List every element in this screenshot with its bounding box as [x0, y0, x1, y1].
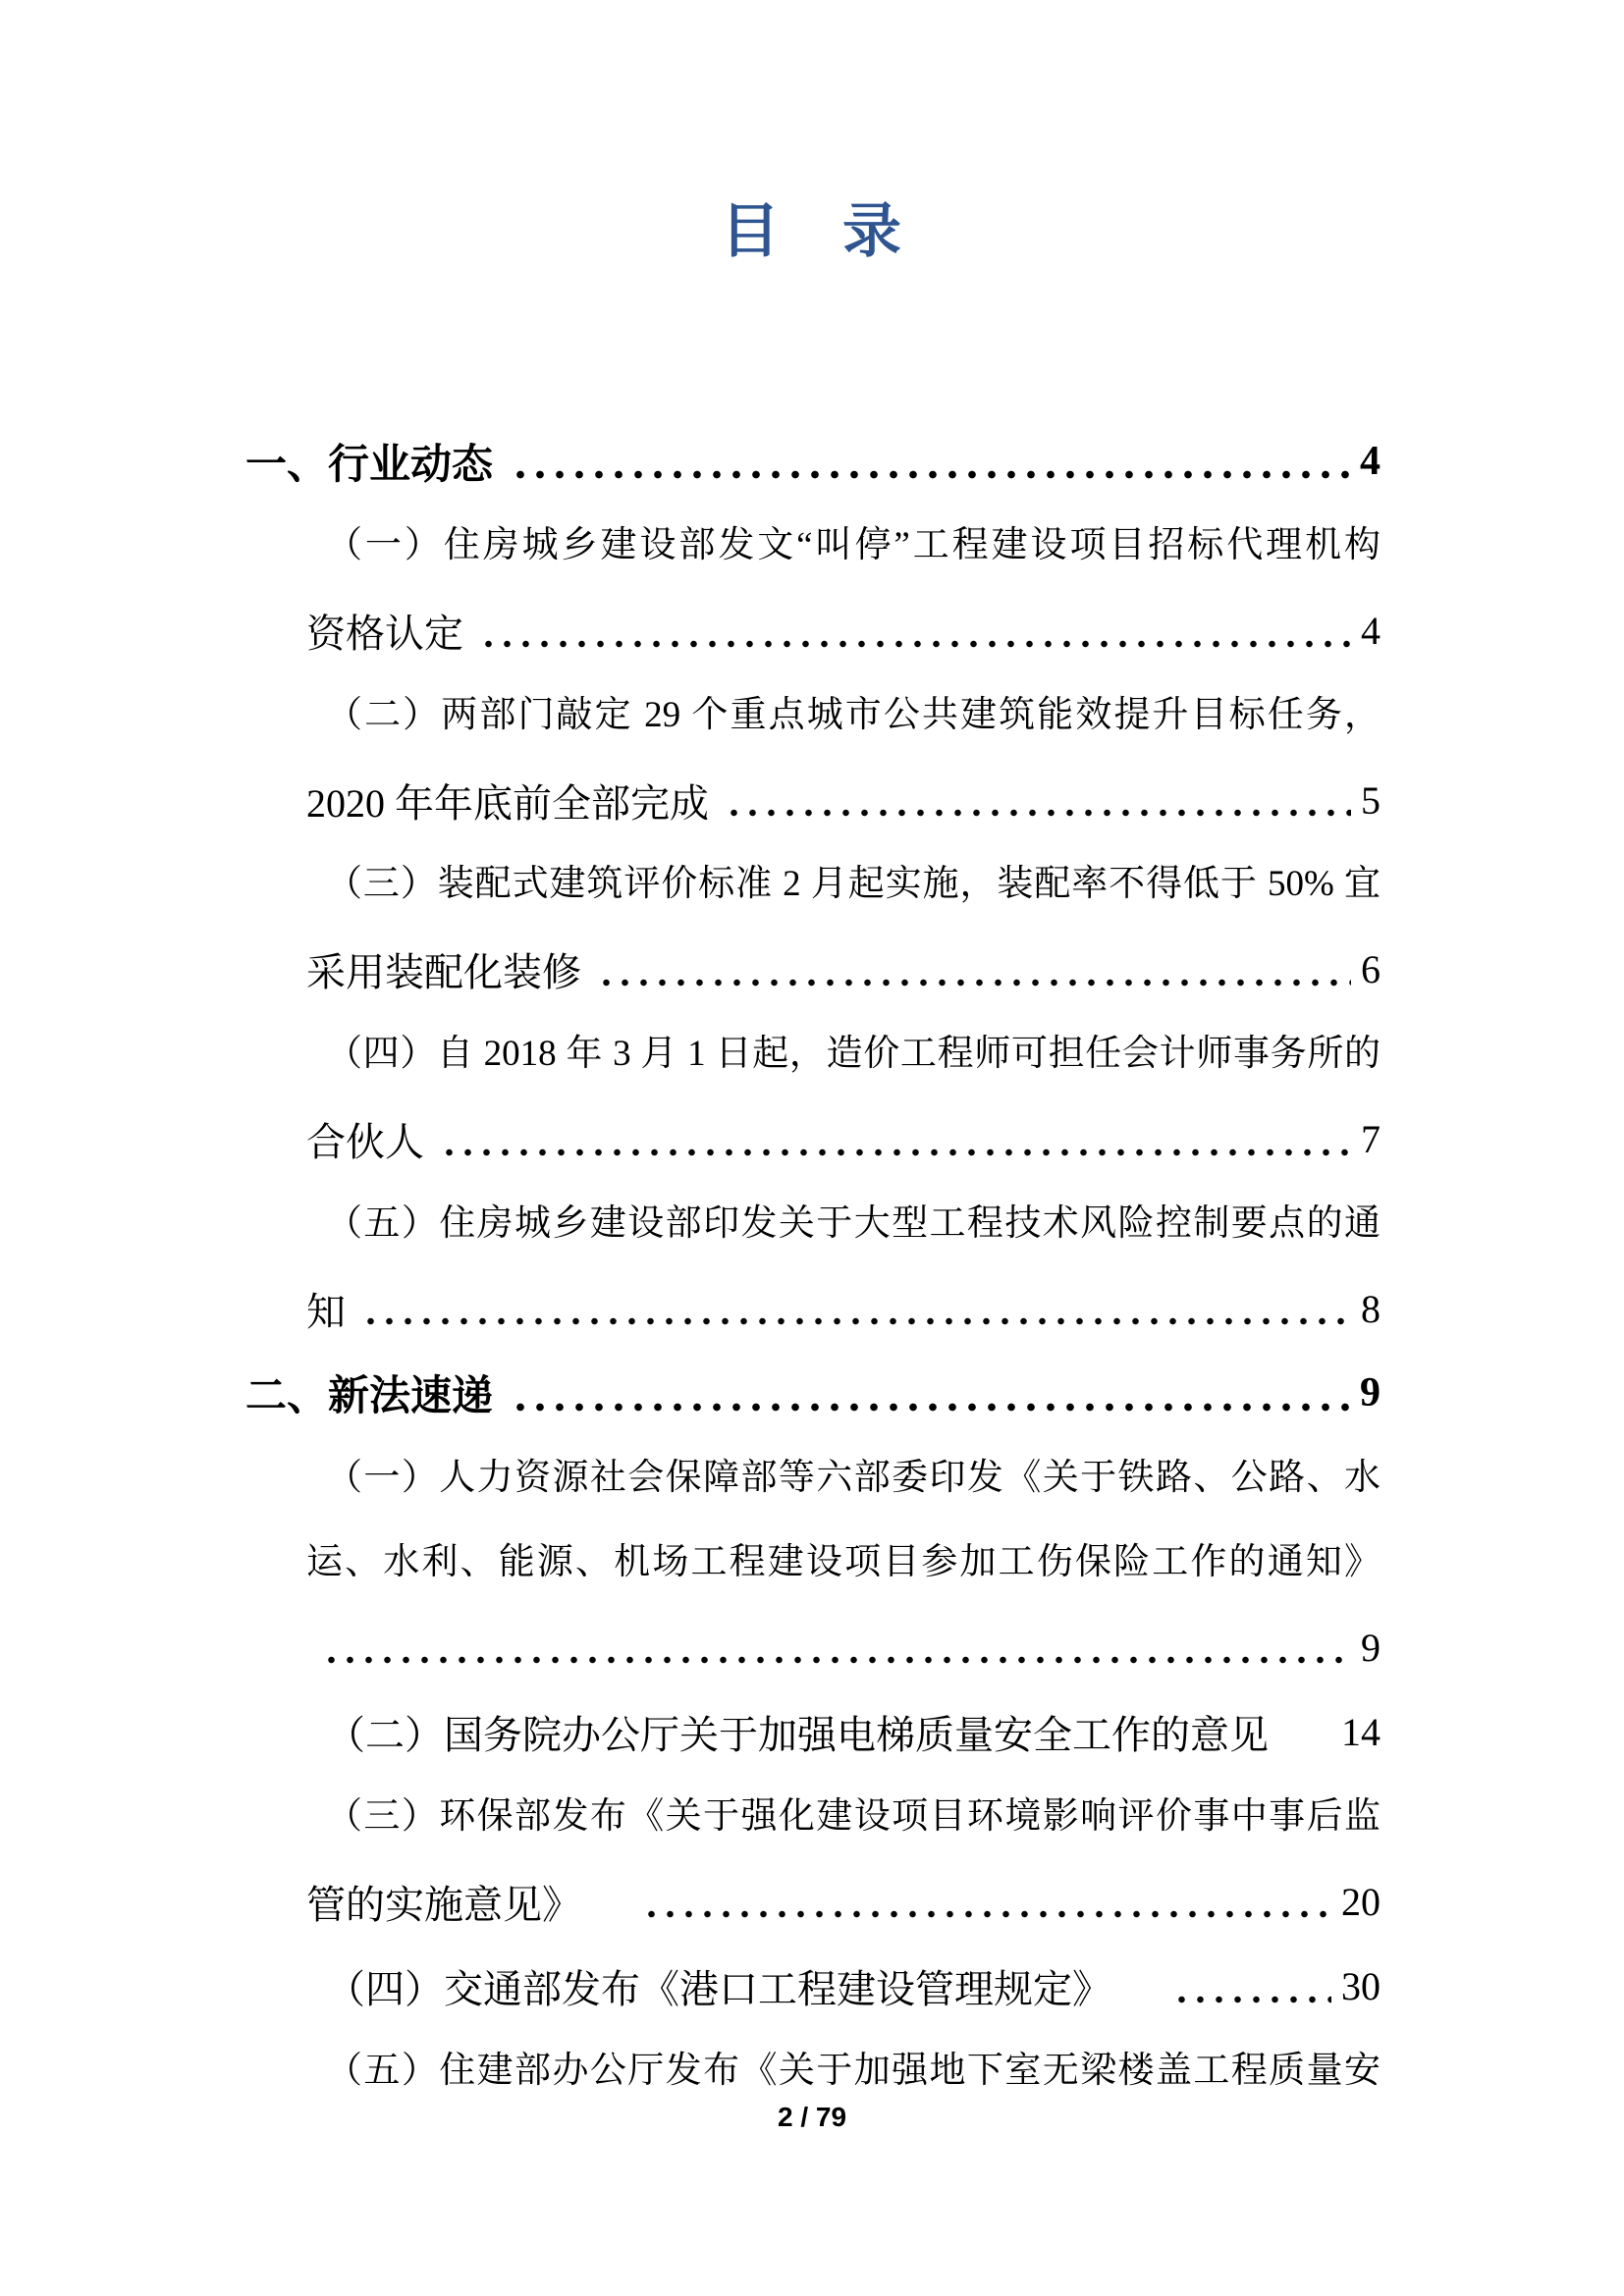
- toc-entry-line: 合伙人7: [245, 1096, 1380, 1181]
- toc-entry-line: （三）环保部发布《关于强化建设项目环境影响评价事中事后监: [245, 1775, 1380, 1859]
- toc-entry-text: 一、行业动态: [245, 432, 493, 491]
- toc-page-number: 4: [1360, 438, 1380, 485]
- toc-entry-line: （四）自 2018 年 3 月 1 日起，造价工程师可担任会计师事务所的: [245, 1012, 1380, 1096]
- toc-entry-line: （五）住建部办公厅发布《关于加强地下室无梁楼盖工程质量安: [245, 2029, 1380, 2113]
- toc-entry-line: 知8: [245, 1266, 1380, 1351]
- toc-entry-line: 2020 年年底前全部完成5: [245, 758, 1380, 842]
- toc-page-number: 30: [1341, 1963, 1380, 2009]
- dot-leader: [1326, 1689, 1331, 1774]
- dot-leader: [1168, 1944, 1331, 2028]
- toc-entry-text: 合伙人: [306, 1111, 424, 1167]
- toc-page-number: 8: [1361, 1286, 1380, 1332]
- toc-entry-text: （三）装配式建筑评价标准 2 月起实施，装配率不得低于 50% 宜: [326, 864, 1380, 904]
- toc-page-number: 5: [1361, 777, 1380, 824]
- toc-page-number: 9: [1361, 1625, 1380, 1671]
- dot-leader: [505, 1351, 1350, 1435]
- toc-entry-line: 9: [245, 1605, 1380, 1689]
- toc-entry-text: 运、水利、能源、机场工程建设项目参加工伤保险工作的通知》: [306, 1542, 1380, 1582]
- toc-entry-text: （三）环保部发布《关于强化建设项目环境影响评价事中事后监: [326, 1796, 1380, 1837]
- toc-entry-text: （二）两部门敲定 29 个重点城市公共建筑能效提升目标任务，: [326, 695, 1380, 735]
- toc-entry-text: （一）人力资源社会保障部等六部委印发《关于铁路、公路、水: [326, 1458, 1380, 1498]
- document-title: 目 录: [0, 196, 1624, 267]
- toc-entry-line: （二）国务院办公厅关于加强电梯质量安全工作的意见14: [245, 1689, 1380, 1774]
- toc-entry-text: （二）国务院办公厅关于加强电梯质量安全工作的意见: [326, 1704, 1269, 1760]
- toc-entry-line: （四）交通部发布《港口工程建设管理规定》30: [245, 1944, 1380, 2028]
- toc-page-number: 7: [1361, 1116, 1380, 1162]
- page-number-footer: 2 / 79: [0, 2102, 1624, 2133]
- toc-entry-text: 资格认定: [306, 603, 463, 659]
- toc-entry-text: （五）住建部办公厅发布《关于加强地下室无梁楼盖工程质量安: [326, 2051, 1380, 2091]
- toc-entry-line: （一）人力资源社会保障部等六部委印发《关于铁路、公路、水: [245, 1436, 1380, 1521]
- dot-leader: [318, 1605, 1351, 1689]
- toc-page-number: 14: [1341, 1709, 1380, 1755]
- toc-entry-text: 管的实施意见》: [306, 1874, 581, 1930]
- toc-entry-line: 运、水利、能源、机场工程建设项目参加工伤保险工作的通知》: [245, 1521, 1380, 1605]
- table-of-contents: 一、行业动态4（一）住房城乡建设部发文“叫停”工程建设项目招标代理机构资格认定4…: [245, 419, 1380, 2113]
- dot-leader: [505, 419, 1350, 504]
- toc-entry-line: 资格认定4: [245, 589, 1380, 673]
- dot-leader: [475, 589, 1351, 673]
- toc-page-number: 20: [1341, 1879, 1380, 1925]
- dot-leader: [638, 1859, 1331, 1944]
- toc-entry-line: 管的实施意见》20: [245, 1859, 1380, 1944]
- dot-leader: [357, 1266, 1351, 1351]
- toc-entry-text: （一）住房城乡建设部发文“叫停”工程建设项目招标代理机构: [326, 525, 1380, 565]
- toc-page-number: 4: [1361, 608, 1380, 654]
- toc-entry-text: （四）自 2018 年 3 月 1 日起，造价工程师可担任会计师事务所的: [326, 1034, 1380, 1074]
- document-page: 目 录 一、行业动态4（一）住房城乡建设部发文“叫停”工程建设项目招标代理机构资…: [0, 0, 1624, 2296]
- toc-entry-line: （一）住房城乡建设部发文“叫停”工程建设项目招标代理机构: [245, 504, 1380, 588]
- toc-entry-line: 二、新法速递9: [245, 1351, 1380, 1435]
- dot-leader: [721, 758, 1351, 842]
- toc-entry-line: （三）装配式建筑评价标准 2 月起实施，装配率不得低于 50% 宜: [245, 842, 1380, 927]
- toc-entry-text: 知: [306, 1281, 346, 1337]
- toc-page-number: 9: [1360, 1369, 1380, 1416]
- dot-leader: [436, 1096, 1351, 1181]
- toc-entry-text: （五）住房城乡建设部印发关于大型工程技术风险控制要点的通: [326, 1203, 1380, 1244]
- toc-entry-text: 二、新法速递: [245, 1363, 493, 1422]
- toc-entry-line: （五）住房城乡建设部印发关于大型工程技术风险控制要点的通: [245, 1182, 1380, 1266]
- toc-entry-line: 采用装配化装修6: [245, 928, 1380, 1012]
- dot-leader: [593, 928, 1351, 1012]
- toc-entry-line: （二）两部门敲定 29 个重点城市公共建筑能效提升目标任务，: [245, 673, 1380, 758]
- toc-entry-text: 2020 年年底前全部完成: [306, 773, 709, 828]
- toc-entry-text: 采用装配化装修: [306, 941, 581, 997]
- toc-page-number: 6: [1361, 946, 1380, 992]
- toc-entry-line: 一、行业动态4: [245, 419, 1380, 504]
- toc-entry-text: （四）交通部发布《港口工程建设管理规定》: [326, 1958, 1111, 2014]
